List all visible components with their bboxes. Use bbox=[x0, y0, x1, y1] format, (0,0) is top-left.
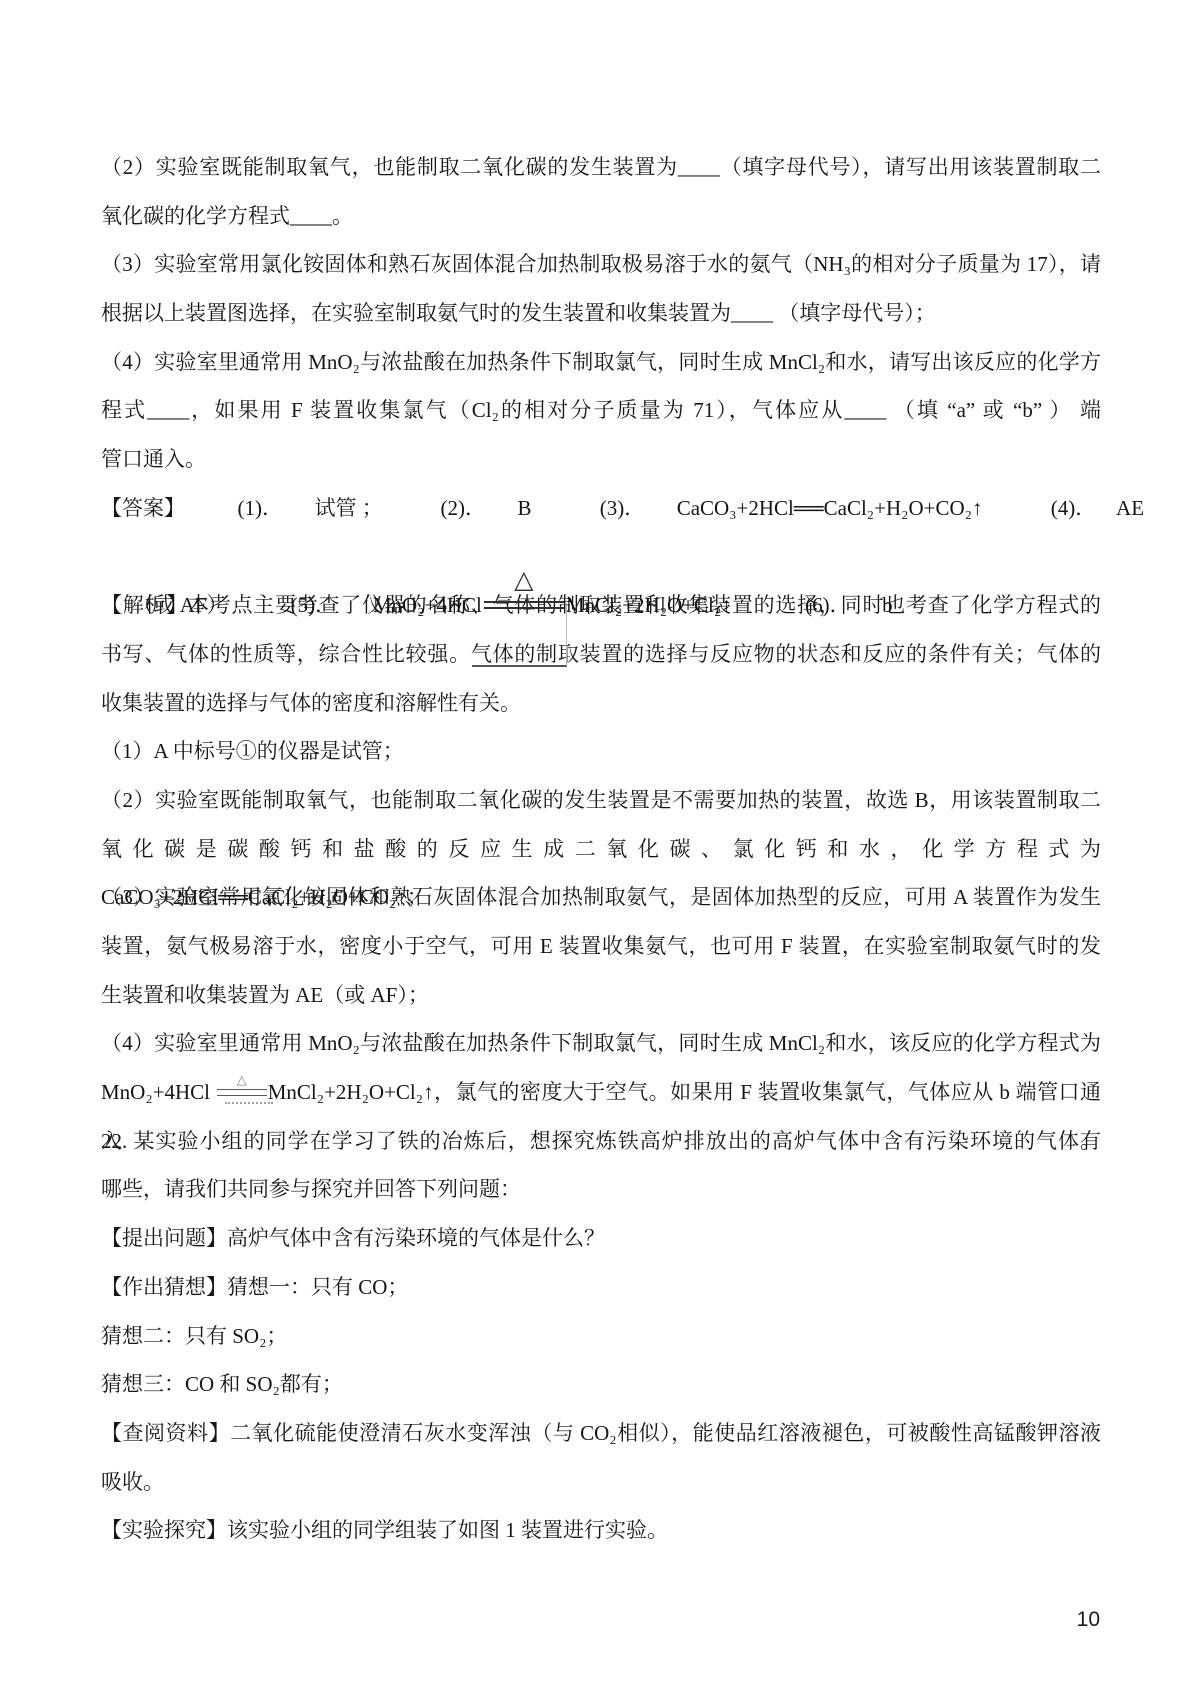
answer-line-2-with-equation: （或 AF） (5)． MnO₂+4HCl△MnCl₂+2H₂O+Cl₂↑ (6… bbox=[101, 533, 1101, 582]
q22-reference-line-2: 吸收。 bbox=[101, 1458, 1101, 1507]
page-number: 10 bbox=[1040, 1607, 1100, 1633]
q3-line-2: 根据以上装置图选择，在实验室制取氨气时的发生装置和收集装置为____ （填字母代… bbox=[101, 289, 1101, 338]
q22-guess-2: 猜想二：只有 SO₂； bbox=[101, 1312, 1101, 1361]
heating-condition-symbol-small: △ bbox=[217, 1089, 267, 1096]
document-page: （2）实验室既能制取氧气，也能制取二氧化碳的发生装置为____（填字母代号），请… bbox=[0, 0, 1200, 1698]
q4-line-3: 管口通入。 bbox=[101, 435, 1101, 484]
analysis-line-3: 收集装置的选择与气体的密度和溶解性有关。 bbox=[101, 679, 1101, 728]
q4-line-2: 程式____，如果用 F 装置收集氯气（Cl₂的相对分子质量为 71），气体应从… bbox=[101, 386, 1101, 435]
analysis-item2-line-1: （2）实验室既能制取氧气，也能制取二氧化碳的发生装置是不需要加热的装置，故选 B… bbox=[101, 776, 1101, 825]
q2-line-2: 氧化碳的化学方程式____。 bbox=[101, 192, 1101, 241]
q3-line-1: （3）实验室常用氯化铵固体和熟石灰固体混合加热制取极易溶于水的氨气（NH₃的相对… bbox=[101, 240, 1101, 289]
q22-guess-1: 【作出猜想】猜想一：只有 CO； bbox=[101, 1263, 1101, 1312]
analysis-line-1: 【解析】本考点主要考查了仪器的名称、气体的制取装置和收集装置的选择，同时也考查了… bbox=[101, 581, 1101, 630]
analysis-item3-line-1: （3）实验室常用氯化铵固体和熟石灰固体混合加热制取氨气，是固体加热型的反应，可用… bbox=[101, 873, 1101, 922]
document-content: （2）实验室既能制取氧气，也能制取二氧化碳的发生装置为____（填字母代号），请… bbox=[101, 143, 1101, 1555]
q22-guess-3: 猜想三：CO 和 SO₂都有； bbox=[101, 1360, 1101, 1409]
analysis-item4-line-1: （4）实验室里通常用 MnO₂与浓盐酸在加热条件下制取氯气，同时生成 MnCl₂… bbox=[101, 1019, 1101, 1068]
analysis-item2-line-2: 氧化碳是碳酸钙和盐酸的反应生成二氧化碳、氯化钙和水，化学方程式为 CaCO₃+2… bbox=[101, 825, 1101, 874]
analysis-item3-line-3: 生装置和收集装置为 AE（或 AF）； bbox=[101, 971, 1101, 1020]
analysis-item1-line: （1）A 中标号①的仪器是试管； bbox=[101, 727, 1101, 776]
q22-experiment-line: 【实验探究】该实验小组的同学组装了如图 1 装置进行实验。 bbox=[101, 1506, 1101, 1555]
analysis-item3-line-2: 装置，氨气极易溶于水，密度小于空气，可用 E 装置收集氨气，也可用 F 装置，在… bbox=[101, 922, 1101, 971]
q22-line-1: 22. 某实验小组的同学在学习了铁的冶炼后，想探究炼铁高炉排放出的高炉气体中含有… bbox=[101, 1117, 1101, 1166]
answer-line-1: 【答案】 (1)． 试管 ； (2)． B (3)． CaCO₃+2HCl══C… bbox=[101, 484, 1101, 533]
delta-icon: △ bbox=[237, 1074, 247, 1087]
analysis-line-2: 书写、气体的性质等，综合性比较强。气体的制取装置的选择与反应物的状态和反应的条件… bbox=[101, 630, 1101, 679]
q22-line-2: 哪些，请我们共同参与探究并回答下列问题： bbox=[101, 1165, 1101, 1214]
q22-reference-line-1: 【查阅资料】二氧化硫能使澄清石灰水变浑浊（与 CO₂相似），能使品红溶液褪色，可… bbox=[101, 1409, 1101, 1458]
q22-propose-question: 【提出问题】高炉气体中含有污染环境的气体是什么？ bbox=[101, 1214, 1101, 1263]
analysis-item4-line-2-with-equation: MnO₂+4HCl △MnCl₂+2H₂O+Cl₂↑，氯气的密度大于空气。如果用… bbox=[101, 1068, 1101, 1117]
delta-icon: △ bbox=[514, 567, 533, 593]
heating-condition-symbol: △ bbox=[484, 601, 564, 609]
analysis-equation-pre: MnO₂+4HCl bbox=[101, 1080, 216, 1104]
q4-line-1: （4）实验室里通常用 MnO₂与浓盐酸在加热条件下制取氯气，同时生成 MnCl₂… bbox=[101, 338, 1101, 387]
q2-line-1: （2）实验室既能制取氧气，也能制取二氧化碳的发生装置为____（填字母代号），请… bbox=[101, 143, 1101, 192]
